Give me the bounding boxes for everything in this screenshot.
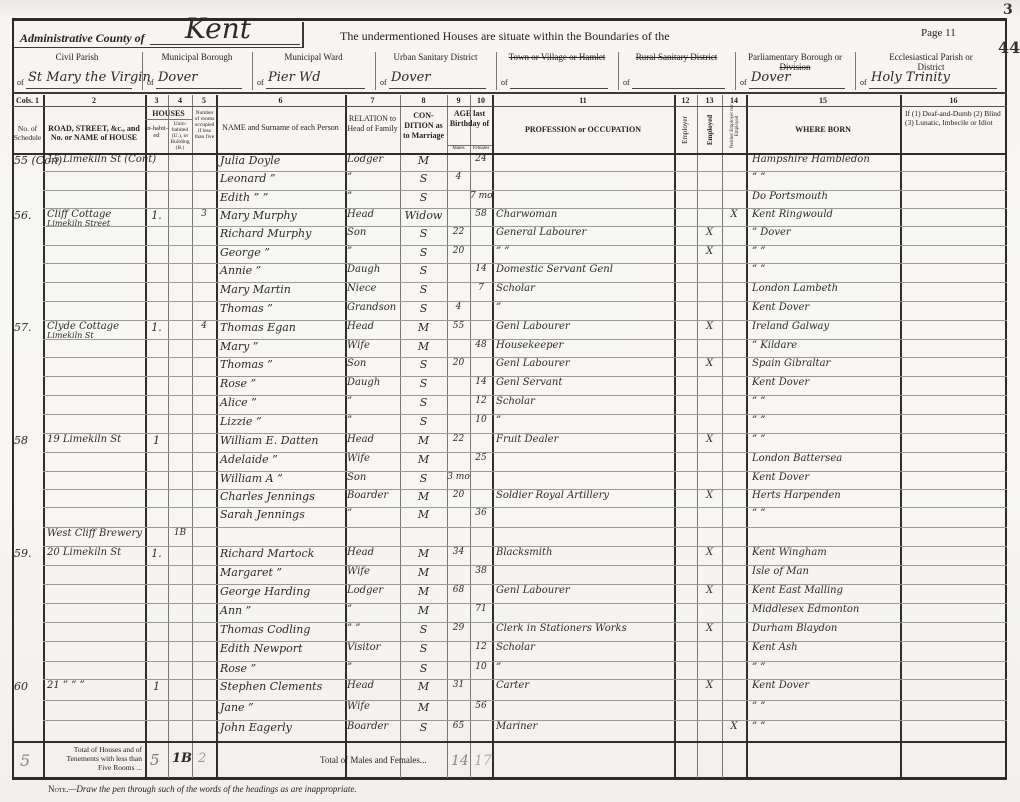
marital-condition: M xyxy=(400,340,447,353)
person-name: Julia Doyle xyxy=(220,154,280,167)
admin-county-value: Kent xyxy=(185,12,251,45)
relation-to-head: ” ” xyxy=(347,623,360,634)
page-number: Page 11 xyxy=(921,27,956,39)
female-age: 71 xyxy=(470,604,492,614)
relation-to-head: Wife xyxy=(347,701,370,712)
male-age: 3 mo xyxy=(447,472,470,482)
marital-condition: S xyxy=(400,246,447,259)
table-row: Thomas ”SonS20Genl LabourerXSpain Gibral… xyxy=(12,357,1007,376)
header-field-underline xyxy=(389,88,486,89)
column-number: 16 xyxy=(900,96,1007,105)
birthplace: ” ” xyxy=(752,434,765,445)
column-number: 10 xyxy=(470,96,492,105)
marital-condition: M xyxy=(400,321,447,334)
marital-condition: M xyxy=(400,701,447,714)
male-age: 20 xyxy=(447,358,470,368)
birthplace: Kent Ringwould xyxy=(752,209,833,220)
person-name: Richard Murphy xyxy=(220,227,311,240)
occupation: ” xyxy=(496,662,501,673)
marital-condition: S xyxy=(400,642,447,655)
marital-condition: S xyxy=(400,227,447,240)
header-field-value: Dover xyxy=(751,70,791,85)
persons-total-label: Total of Males and Females... xyxy=(320,755,427,765)
occupation: Genl Labourer xyxy=(496,358,570,369)
marital-condition: M xyxy=(400,566,447,579)
header-field-label: Municipal Ward xyxy=(252,52,375,62)
column-number: 2 xyxy=(43,96,145,105)
table-row: Lizzie ””S10”” ” xyxy=(12,414,1007,433)
birthplace: Spain Gibraltar xyxy=(752,358,830,369)
margin-folio-number: 3 xyxy=(1003,2,1013,18)
inhabited-count: 1. xyxy=(145,547,168,560)
occupation: ” ” xyxy=(496,246,509,257)
table-row: Adelaide ”WifeM25London Battersea xyxy=(12,452,1007,471)
marital-condition: M xyxy=(400,547,447,560)
person-name: Rose ” xyxy=(220,662,256,675)
header-field-underline xyxy=(632,88,725,89)
uninhabited-total: 1B xyxy=(172,751,192,766)
header-field-underline xyxy=(869,88,997,89)
relation-to-head: Boarder xyxy=(347,721,388,732)
table-row: Mary ”WifeM48Housekeeper” Kildare xyxy=(12,339,1007,357)
birthplace: Ireland Galway xyxy=(752,321,829,332)
person-name: John Eagerly xyxy=(220,721,292,734)
birthplace: Kent Dover xyxy=(752,680,809,691)
houses-total-label: Total of Houses and of Tenements with le… xyxy=(52,745,142,772)
occupation: Charwoman xyxy=(496,209,557,220)
table-row: Edith ” ””S7 moDo Portsmouth xyxy=(12,190,1007,208)
birthplace: Middlesex Edmonton xyxy=(752,604,859,615)
female-age: 25 xyxy=(470,453,492,463)
male-age: 20 xyxy=(447,246,470,256)
occupation: Mariner xyxy=(496,721,537,732)
inhabited-count: 1. xyxy=(145,321,168,334)
employed-mark: X xyxy=(697,358,722,369)
birthplace: ” ” xyxy=(752,721,765,732)
header-field-value: Holy Trinity xyxy=(871,70,950,85)
female-age: 38 xyxy=(470,566,492,576)
birthplace: Do Portsmouth xyxy=(752,191,828,202)
rooms-count: 3 xyxy=(192,209,216,219)
employed-mark: X xyxy=(697,680,722,691)
marital-condition: S xyxy=(400,472,447,485)
female-age: 7 mo xyxy=(470,191,492,201)
marital-condition: M xyxy=(400,508,447,521)
female-age: 14 xyxy=(470,377,492,387)
header-field-divider xyxy=(252,52,253,90)
female-age: 10 xyxy=(470,662,492,672)
column-number: Cols. 1 xyxy=(12,96,43,105)
occupation: Housekeeper xyxy=(496,340,563,351)
female-age: 56 xyxy=(470,701,492,711)
birthplace: Isle of Man xyxy=(752,566,809,577)
header-field-label: Civil Parish xyxy=(12,52,142,62)
header-field-underline xyxy=(749,88,845,89)
relation-to-head: Son xyxy=(347,472,366,483)
table-row: 59.20 Limekiln St1.Richard MartockHeadM3… xyxy=(12,546,1007,565)
relation-to-head: ” xyxy=(347,415,352,426)
footer-note: Note.—Draw the pen through such of the w… xyxy=(48,784,357,794)
inhabited-count: 1. xyxy=(145,209,168,222)
female-age: 7 xyxy=(470,283,492,293)
header-field-divider xyxy=(142,52,143,90)
column-number: 9 xyxy=(447,96,470,105)
marital-condition: M xyxy=(400,490,447,503)
table-row: Thomas Codling” ”S29Clerk in Stationers … xyxy=(12,622,1007,641)
male-age: 31 xyxy=(447,680,470,690)
relation-to-head: ” xyxy=(347,604,352,615)
marital-condition: M xyxy=(400,604,447,617)
table-row: 6021 ” ” ”1Stephen ClementsHeadM31Carter… xyxy=(12,679,1007,700)
employed-mark: X xyxy=(697,623,722,634)
column-number: 8 xyxy=(400,96,447,105)
employed-mark: X xyxy=(697,585,722,596)
header-field-underline xyxy=(26,88,132,89)
relation-to-head: Head xyxy=(347,434,374,445)
person-name: Richard Martock xyxy=(220,547,314,560)
female-age: 12 xyxy=(470,642,492,652)
marital-condition: S xyxy=(400,172,447,185)
person-name: Edith ” ” xyxy=(220,191,268,204)
birthplace: Kent Wingham xyxy=(752,547,827,558)
header-field-prefix: of xyxy=(501,78,508,87)
column-number: 11 xyxy=(492,96,674,105)
house-address: 15 Limekiln St (Cont) xyxy=(47,154,156,165)
boundaries-heading: The undermentioned Houses are situate wi… xyxy=(340,29,670,44)
relation-to-head: ” xyxy=(347,246,352,257)
header-neither: Neither Employer nor Employed xyxy=(730,104,740,148)
relation-to-head: Boarder xyxy=(347,490,388,501)
houses-rule xyxy=(145,119,192,120)
header-age: AGE last Birthday of xyxy=(447,109,492,129)
occupation: Fruit Dealer xyxy=(496,434,558,445)
relation-to-head: Wife xyxy=(347,453,370,464)
occupation: General Labourer xyxy=(496,227,586,238)
column-number-rule xyxy=(12,106,1007,107)
male-age: 68 xyxy=(447,585,470,595)
birthplace: Herts Harpenden xyxy=(752,490,841,501)
header-field-prefix: of xyxy=(380,78,387,87)
person-name: Thomas Codling xyxy=(220,623,310,636)
employed-mark: X xyxy=(697,227,722,238)
marital-condition: S xyxy=(400,623,447,636)
person-name: Jane ” xyxy=(220,701,254,714)
header-field-value: Dover xyxy=(158,70,198,85)
header-field-prefix: of xyxy=(17,78,24,87)
header-employer: Employer xyxy=(681,110,689,150)
birthplace: Kent Ash xyxy=(752,642,798,653)
inhabited-count: 1 xyxy=(145,434,168,447)
house-address: 19 Limekiln St xyxy=(47,434,121,445)
uninhabited-count: 1B xyxy=(168,528,192,538)
birthplace: Kent Dover xyxy=(752,302,809,313)
person-name: George ” xyxy=(220,246,270,259)
occupation: Genl Servant xyxy=(496,377,562,388)
occupation: Scholar xyxy=(496,396,535,407)
relation-to-head: Head xyxy=(347,209,374,220)
person-name: George Harding xyxy=(220,585,310,598)
column-number: 6 xyxy=(216,96,345,105)
neither-mark: X xyxy=(722,209,746,220)
table-row: Margaret ”WifeM38Isle of Man xyxy=(12,565,1007,584)
females-total: 17 xyxy=(474,753,492,769)
female-age: 12 xyxy=(470,396,492,406)
header-field-label: Town or Village or Hamlet xyxy=(496,52,618,62)
relation-to-head: Son xyxy=(347,358,366,369)
marital-condition: S xyxy=(400,283,447,296)
table-row: William A ”SonS3 moKent Dover xyxy=(12,471,1007,489)
person-name: Mary ” xyxy=(220,340,258,353)
occupation: Soldier Royal Artillery xyxy=(496,490,609,501)
header-rooms: Number of rooms occupied if less than fi… xyxy=(193,110,216,140)
male-age: 22 xyxy=(447,434,470,444)
table-row: 56.Cliff CottageLimekiln Street1.3Mary M… xyxy=(12,208,1007,226)
occupation: Carter xyxy=(496,680,529,691)
relation-to-head: Head xyxy=(347,680,374,691)
occupation: ” xyxy=(496,415,501,426)
header-field-divider xyxy=(618,52,619,90)
marital-condition: M xyxy=(400,680,447,693)
occupation: Clerk in Stationers Works xyxy=(496,623,627,634)
birthplace: ” ” xyxy=(752,662,765,673)
employed-mark: X xyxy=(697,246,722,257)
schedule-number: 57. xyxy=(14,321,32,334)
male-age: 29 xyxy=(447,623,470,633)
header-field-divider xyxy=(735,52,736,90)
males-total: 14 xyxy=(451,753,469,769)
rooms-total: 2 xyxy=(198,751,206,766)
table-row: Ann ””M71Middlesex Edmonton xyxy=(12,603,1007,622)
female-age: 24 xyxy=(470,154,492,164)
header-field-underline xyxy=(510,88,608,89)
table-row: Alice ””S12Scholar” ” xyxy=(12,395,1007,414)
header-field-prefix: of xyxy=(147,78,154,87)
person-name: Edith Newport xyxy=(220,642,302,655)
male-age: 65 xyxy=(447,721,470,731)
occupation: Domestic Servant Genl xyxy=(496,264,613,275)
table-row: Mary MartinNieceS7ScholarLondon Lambeth xyxy=(12,282,1007,301)
relation-to-head: ” xyxy=(347,172,352,183)
female-age: 36 xyxy=(470,508,492,518)
table-row: Sarah Jennings”M36” ” xyxy=(12,507,1007,527)
table-row: Rose ”DaughS14Genl ServantKent Dover xyxy=(12,376,1007,395)
marital-condition: S xyxy=(400,415,447,428)
census-page: 3 44 Administrative County of Kent The u… xyxy=(0,0,1020,802)
relation-to-head: ” xyxy=(347,191,352,202)
person-name: Ann ” xyxy=(220,604,251,617)
marital-condition: S xyxy=(400,358,447,371)
header-field-value: Pier Wd xyxy=(268,70,321,85)
person-name: Annie ” xyxy=(220,264,261,277)
person-name: Alice ” xyxy=(220,396,257,409)
header-road: ROAD, STREET, &c., and No. or NAME of HO… xyxy=(46,124,142,142)
header-field-underline xyxy=(266,88,365,89)
column-number: 3 xyxy=(145,96,168,105)
female-age: 58 xyxy=(470,209,492,219)
birthplace: ” Kildare xyxy=(752,340,797,351)
birthplace: Kent Dover xyxy=(752,472,809,483)
admin-county-label: Administrative County of xyxy=(20,31,145,46)
person-name: Stephen Clements xyxy=(220,680,322,693)
birthplace: London Lambeth xyxy=(752,283,838,294)
table-row: Edith NewportVisitorS12ScholarKent Ash xyxy=(12,641,1007,661)
column-number: 5 xyxy=(192,96,216,105)
relation-to-head: ” xyxy=(347,396,352,407)
header-where-born: WHERE BORN xyxy=(746,125,900,134)
header-field-prefix: of xyxy=(257,78,264,87)
header-relation: RELATION to Head of Family xyxy=(345,114,400,134)
relation-to-head: ” xyxy=(347,662,352,673)
person-name: Rose ” xyxy=(220,377,256,390)
person-name: Thomas ” xyxy=(220,302,273,315)
house-address: West Cliff Brewery xyxy=(47,528,142,539)
birthplace: ” Dover xyxy=(752,227,791,238)
header-occupation: PROFESSION or OCCUPATION xyxy=(492,125,674,134)
birthplace: Hampshire Hambledon xyxy=(752,154,870,165)
person-name: William E. Datten xyxy=(220,434,319,447)
header-field-divider xyxy=(855,52,856,90)
header-schedule: No. of Schedule xyxy=(12,124,43,142)
person-name: Thomas Egan xyxy=(220,321,296,334)
employed-mark: X xyxy=(697,434,722,445)
relation-to-head: Daugh xyxy=(347,264,380,275)
relation-to-head: Grandson xyxy=(347,302,396,313)
header-field-label: Ecclesiastical Parish or xyxy=(855,52,1007,62)
employed-mark: X xyxy=(697,490,722,501)
marital-condition: M xyxy=(400,154,447,167)
birthplace: ” ” xyxy=(752,396,765,407)
birthplace: ” ” xyxy=(752,172,765,183)
birthplace: ” ” xyxy=(752,508,765,519)
relation-to-head: Daugh xyxy=(347,377,380,388)
person-name: Margaret ” xyxy=(220,566,282,579)
header-inhabited: In-habit-ed xyxy=(145,125,168,139)
table-row: Charles JenningsBoarderM20Soldier Royal … xyxy=(12,489,1007,507)
male-age: 55 xyxy=(447,321,470,331)
male-age: 20 xyxy=(447,490,470,500)
table-row: Richard MurphySonS22General LabourerX” D… xyxy=(12,226,1007,245)
relation-to-head: Niece xyxy=(347,283,376,294)
header-field-underline xyxy=(156,88,242,89)
person-name: Sarah Jennings xyxy=(220,508,305,521)
table-row: John EagerlyBoarderS65MarinerX” ” xyxy=(12,720,1007,741)
person-name: Mary Murphy xyxy=(220,209,297,222)
birthplace: ” ” xyxy=(752,415,765,426)
relation-to-head: Lodger xyxy=(347,154,383,165)
relation-to-head: Visitor xyxy=(347,642,380,653)
occupation: Scholar xyxy=(496,283,535,294)
inhabited-count: 1 xyxy=(145,680,168,693)
marital-condition: S xyxy=(400,396,447,409)
relation-to-head: Head xyxy=(347,547,374,558)
column-number: 7 xyxy=(345,96,400,105)
relation-to-head: Lodger xyxy=(347,585,383,596)
birthplace: ” ” xyxy=(752,701,765,712)
female-age: 48 xyxy=(470,340,492,350)
employed-mark: X xyxy=(697,547,722,558)
header-uninhabited: Unin-habited (U.), or Building (B.) xyxy=(168,121,192,151)
header-field-label: Parliamentary Borough or xyxy=(735,52,855,62)
header-field-divider xyxy=(375,52,376,90)
table-row: Leonard ””S4” ” xyxy=(12,171,1007,190)
occupation: Blacksmith xyxy=(496,547,552,558)
table-row: George HardingLodgerM68Genl LabourerXKen… xyxy=(12,584,1007,603)
relation-to-head: Son xyxy=(347,227,366,238)
marital-condition: M xyxy=(400,453,447,466)
house-address: 20 Limekiln St xyxy=(47,547,121,558)
column-number: 13 xyxy=(697,96,722,105)
header-field-value: St Mary the Virgin xyxy=(28,70,151,85)
marital-condition: Widow xyxy=(400,209,447,222)
table-row: Thomas ”GrandsonS4”Kent Dover xyxy=(12,301,1007,320)
female-age: 14 xyxy=(470,264,492,274)
header-houses: HOUSES xyxy=(145,109,192,118)
schedule-total: 5 xyxy=(20,751,30,770)
header-field-prefix: of xyxy=(860,78,867,87)
marital-condition: M xyxy=(400,434,447,447)
birthplace: ” ” xyxy=(752,264,765,275)
header-infirmity: If (1) Deaf-and-Dumb (2) Blind (3) Lunat… xyxy=(905,109,1005,127)
marital-condition: S xyxy=(400,662,447,675)
header-field-label: Urban Sanitary District xyxy=(375,52,496,62)
header-field-prefix: of xyxy=(623,78,630,87)
employed-mark: X xyxy=(697,321,722,332)
rooms-count: 4 xyxy=(192,321,216,331)
male-age: 4 xyxy=(447,172,470,182)
occupation: ” xyxy=(496,302,501,313)
relation-to-head: Wife xyxy=(347,566,370,577)
birthplace: London Battersea xyxy=(752,453,842,464)
header-females: Females xyxy=(470,146,492,151)
inhabited-total: 5 xyxy=(150,751,160,769)
relation-to-head: Wife xyxy=(347,340,370,351)
marital-condition: S xyxy=(400,264,447,277)
marital-condition: M xyxy=(400,585,447,598)
table-row: 5819 Limekiln St1William E. DattenHeadM2… xyxy=(12,433,1007,452)
person-name: Adelaide ” xyxy=(220,453,278,466)
schedule-number: 58 xyxy=(14,434,28,447)
column-number: 12 xyxy=(674,96,697,105)
table-row: George ””S20” ”X” ” xyxy=(12,245,1007,263)
person-name: Charles Jennings xyxy=(220,490,315,503)
header-males: Males xyxy=(447,146,470,151)
marital-condition: S xyxy=(400,377,447,390)
marital-condition: S xyxy=(400,302,447,315)
female-age: 10 xyxy=(470,415,492,425)
header-field-label: Municipal Borough xyxy=(142,52,252,62)
column-number: 15 xyxy=(746,96,900,105)
person-name: Mary Martin xyxy=(220,283,291,296)
person-name: William A ” xyxy=(220,472,283,485)
birthplace: ” ” xyxy=(752,246,765,257)
header-name: NAME and Surname of each Person xyxy=(216,122,345,133)
header-field-value: Dover xyxy=(391,70,431,85)
neither-mark: X xyxy=(722,721,746,732)
person-name: Thomas ” xyxy=(220,358,273,371)
person-name: Lizzie ” xyxy=(220,415,262,428)
column-number: 4 xyxy=(168,96,192,105)
house-address: 21 ” ” ” xyxy=(47,680,85,691)
table-row: Annie ”DaughS14Domestic Servant Genl” ” xyxy=(12,263,1007,282)
totals-rule xyxy=(12,741,1007,743)
birthplace: Durham Blaydon xyxy=(752,623,837,634)
person-name: Leonard ” xyxy=(220,172,276,185)
birthplace: Kent Dover xyxy=(752,377,809,388)
header-field-divider xyxy=(496,52,497,90)
header-field-label: Rural Sanitary District xyxy=(618,52,735,62)
marital-condition: S xyxy=(400,191,447,204)
male-age: 22 xyxy=(447,227,470,237)
